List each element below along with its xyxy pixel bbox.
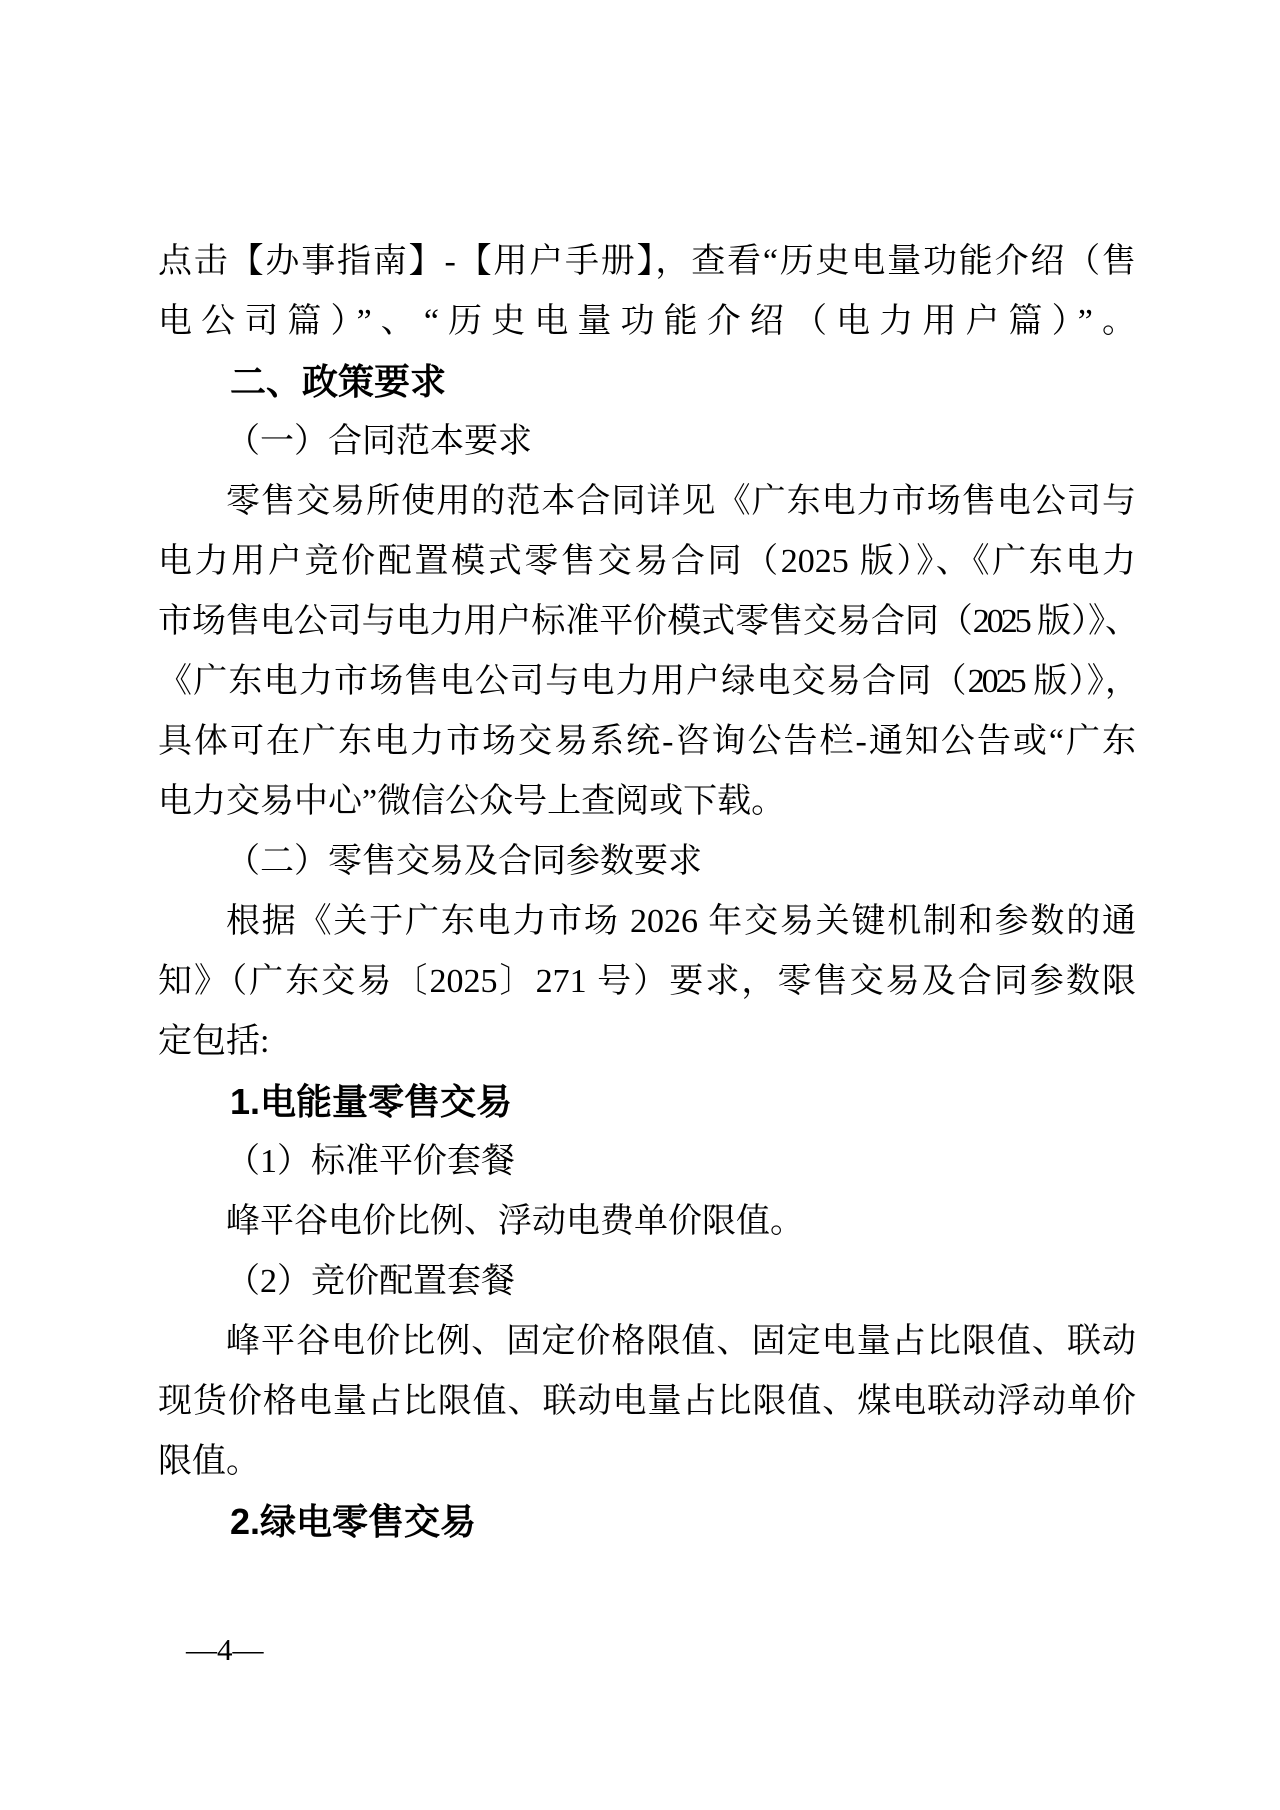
subsection-heading-retail-parameters: （二）零售交易及合同参数要求 (158, 832, 1136, 892)
text-line: 电力交易中心”微信公众号上查阅或下载。 (158, 772, 1136, 832)
text-line: 定包括: (158, 1012, 1136, 1072)
document-body: 点击【办事指南】-【用户手册】，查看“历史电量功能介绍（售 电公司篇）”、“历史… (158, 232, 1136, 1552)
heading-energy-retail-trading: 1.电能量零售交易 (158, 1072, 1136, 1132)
text-line: 电公司篇）”、“历史电量功能介绍（电力用户篇）”。 (158, 292, 1136, 352)
text-line: 《广东电力市场售电公司与电力用户绿电交易合同（2025 版）》， (158, 652, 1136, 712)
section-heading-policy-requirements: 二、政策要求 (158, 352, 1136, 412)
subsection-heading-contract-template: （一）合同范本要求 (158, 412, 1136, 472)
text-line: 零售交易所使用的范本合同详见《广东电力市场售电公司与 (158, 472, 1136, 532)
text-line: 点击【办事指南】-【用户手册】，查看“历史电量功能介绍（售 (158, 232, 1136, 292)
text-line: 市场售电公司与电力用户标准平价模式零售交易合同（2025 版）》、 (158, 592, 1136, 652)
text-line: 具体可在广东电力市场交易系统-咨询公告栏-通知公告或“广东 (158, 712, 1136, 772)
item-bidding-config-package: （2）竞价配置套餐 (158, 1252, 1136, 1312)
text-line: 电力用户竞价配置模式零售交易合同（2025 版）》、《广东电力 (158, 532, 1136, 592)
text-line: 限值。 (158, 1432, 1136, 1492)
text-line: 峰平谷电价比例、浮动电费单价限值。 (158, 1192, 1136, 1252)
page-number: —4— (186, 1632, 264, 1668)
text-line: 知》（广东交易〔2025〕271 号）要求，零售交易及合同参数限 (158, 952, 1136, 1012)
item-standard-flat-price-package: （1）标准平价套餐 (158, 1132, 1136, 1192)
text-line: 根据《关于广东电力市场 2026 年交易关键机制和参数的通 (158, 892, 1136, 952)
text-line: 现货价格电量占比限值、联动电量占比限值、煤电联动浮动单价 (158, 1372, 1136, 1432)
document-page: 点击【办事指南】-【用户手册】，查看“历史电量功能介绍（售 电公司篇）”、“历史… (0, 0, 1280, 1810)
text-line: 峰平谷电价比例、固定价格限值、固定电量占比限值、联动 (158, 1312, 1136, 1372)
heading-green-power-retail-trading: 2.绿电零售交易 (158, 1492, 1136, 1552)
